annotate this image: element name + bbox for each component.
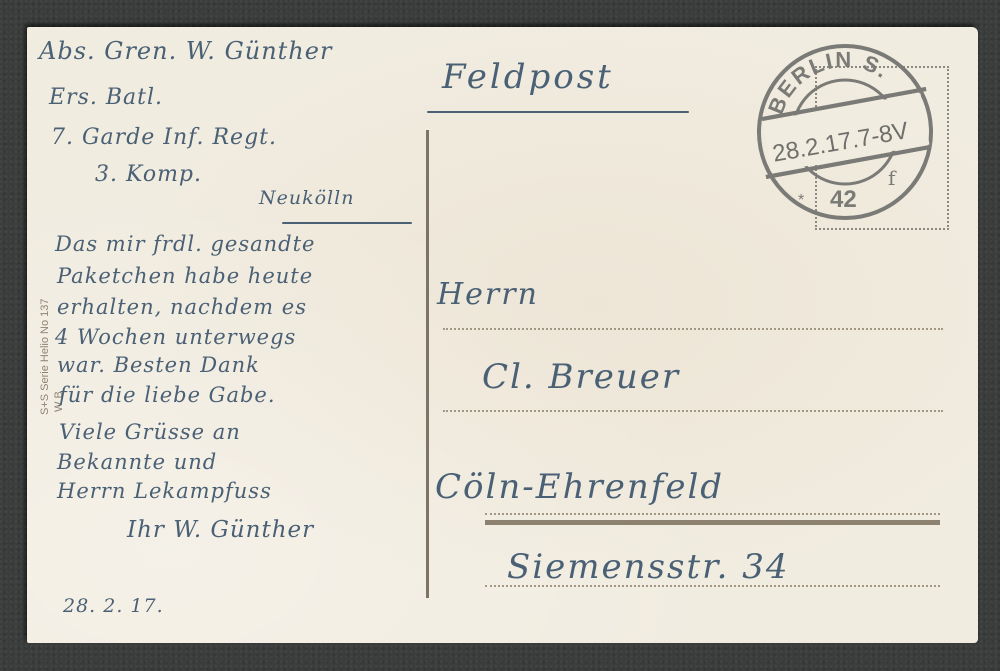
postmark-cancel: BERLIN S. 28.2.17.7-8V 42 f *	[750, 37, 940, 227]
feldpost-label: Feldpost	[442, 57, 614, 97]
recipient-salutation: Herrn	[437, 277, 539, 312]
publisher-imprint-text: S+S Serie Helio No 137	[39, 299, 51, 415]
message-line-7: Viele Grüsse an	[59, 420, 241, 444]
message-line-4: 4 Wochen unterwegs	[55, 325, 296, 349]
sender-line-1: Abs. Gren. W. Günther	[39, 37, 332, 65]
address-line-3	[485, 513, 940, 515]
message-line-6: für die liebe Gabe.	[59, 383, 276, 407]
city-underline-bar	[485, 520, 940, 525]
sender-line-4: 3. Komp.	[95, 162, 202, 187]
recipient-name: Cl. Breuer	[482, 357, 680, 397]
postcard: Abs. Gren. W. Günther Ers. Batl. 7. Gard…	[27, 27, 978, 643]
postmark-letter: f	[888, 166, 897, 190]
message-line-5: war. Besten Dank	[57, 353, 260, 377]
message-line-2: Paketchen habe heute	[57, 264, 313, 288]
recipient-street: Siemensstr. 34	[507, 547, 790, 587]
sender-line-3: 7. Garde Inf. Regt.	[51, 125, 277, 150]
message-date: 28. 2. 17.	[63, 595, 164, 617]
recipient-city: Cöln-Ehrenfeld	[435, 467, 724, 507]
address-line-1	[443, 328, 943, 330]
message-line-1: Das mir frdl. gesandte	[55, 232, 315, 256]
postmark-code: 42	[830, 186, 857, 213]
feldpost-underline	[427, 111, 689, 113]
message-signature: Ihr W. Günther	[127, 517, 314, 543]
message-line-8: Bekannte und	[57, 450, 217, 474]
sender-line-2: Ers. Batl.	[49, 85, 163, 110]
postmark-star-icon: *	[798, 192, 804, 209]
publisher-imprint: S+S Serie Helio No 137	[39, 299, 51, 415]
message-line-9: Herrn Lekampfuss	[57, 479, 272, 503]
sender-line-5: Neukölln	[259, 187, 354, 209]
center-divider	[426, 130, 429, 598]
address-line-4	[485, 585, 940, 587]
sender-underline	[282, 222, 412, 224]
address-line-2	[443, 410, 943, 412]
message-line-3: erhalten, nachdem es	[57, 295, 307, 319]
